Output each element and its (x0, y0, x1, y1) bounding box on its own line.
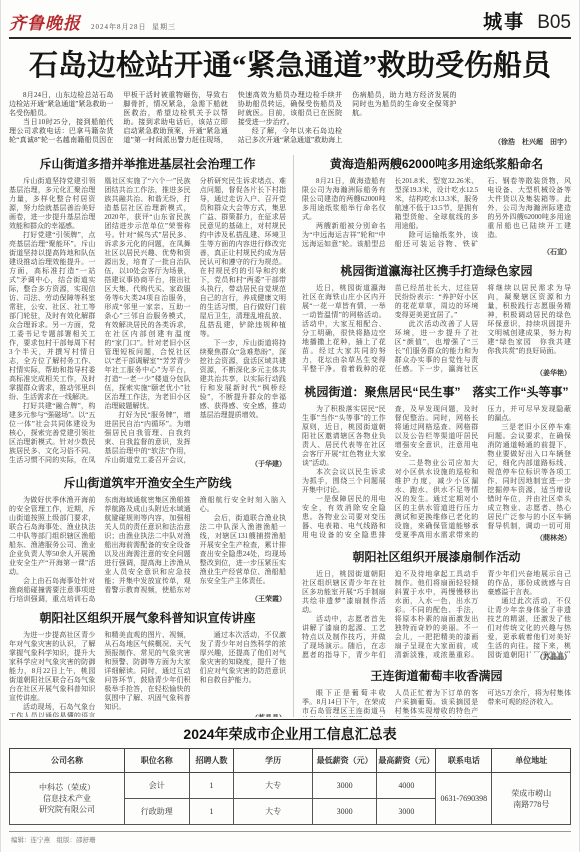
article-paragraphs: 为了积极落实居民“民生事”当作“头等事”的工作原则，近日，桃园街道朝阳社区邀请辖… (302, 405, 571, 543)
section-title: 城事 (483, 7, 525, 34)
page-header: 齐鲁晚报 2024年8月28日 星期三 城事 B05 (9, 10, 571, 34)
article-body: 为了积极落实居民“民生事”当作“头等事”的工作原则，近日，桃园街道朝阳社区邀请辖… (302, 405, 571, 543)
footer-credits: 编辑：连宁燕 组版：邵舒珊 (9, 831, 571, 844)
date-text: 2024年8月28日 (91, 23, 147, 31)
article-paragraphs: 近日，桃园街道瀛海社区在海铁山庄小区内开展“一花一草皆有情，一举一动皆温情”的网… (302, 284, 571, 378)
article-headline: 黄海造船两艘62000吨多用途纸浆船命名 (302, 157, 571, 172)
right-column: 黄海造船两艘62000吨多用途纸浆船命名 8月21日，黄海造船有限公司为海瀚洲际… (293, 155, 571, 717)
cell-min-salary: 3000 (312, 773, 377, 799)
article-shipyard-naming: 黄海造船两艘62000吨多用途纸浆船命名 8月21日，黄海造船有限公司为海瀚洲际… (302, 157, 571, 257)
page-number: B05 (537, 12, 571, 34)
middle-section: 斥山街道多措并举推进基层社会治理工作 斥山街道坚持党建引领基层治理，多元化汇聚治… (9, 155, 571, 717)
article-body: 为做好伏季休渔开海前的安全管理工作，近期，斥山街道按照上级部门要求，联合石岛海事… (9, 496, 286, 604)
cell-position: 会计 (125, 773, 190, 799)
newspaper-page: 齐鲁晚报 2024年8月28日 星期三 城事 B05 石岛边检站开通“紧急通道”… (0, 0, 580, 852)
cell-education: 大专 (234, 773, 313, 799)
article-weather-lecture: 朝阳社区组织开展气象科普知识宣传讲座 为进一步提高社区青少年对气象灾害的认识，了… (9, 611, 286, 717)
lead-byline: （徐浩 杜兴超 田宇） (486, 138, 571, 147)
article-lacquer-fans: 朝阳社区组织开展漆扇制作活动 近日，桃园街道朝阳社区组织辖区青少年在社区多功能室… (302, 550, 571, 662)
article-body: 为进一步提高社区青少年对气象灾害的认识，了解掌握气象科学知识，提升大家科学应对气… (9, 631, 286, 717)
article-paragraphs: 近日，桃园街道朝阳社区组织辖区青少年在社区多功能室开展“巧手制扇 共绘非遗梦”漆… (302, 570, 571, 662)
lead-paragraphs: 8月24日，山东边检总站石岛边检站开通“紧急通道”紧急救助一名受伤船员。当日10… (9, 91, 457, 147)
article-body: 近日，桃园街道瀛海社区在海铁山庄小区内开展“一花一草皆有情，一举一动皆温情”的网… (302, 284, 571, 378)
article-byline: （苏晶晶） (528, 653, 571, 662)
cell-count: 1 (189, 773, 234, 799)
article-byline: （王荣霞） (243, 595, 286, 604)
weekday-text: 星期三 (152, 23, 176, 31)
col-min-salary: 最低薪资（元） (312, 749, 377, 773)
article-paragraphs: 斥山街道坚持党建引领基层治理，多元化汇聚治理力量，多样化整合村居资源，努力绘就基… (9, 177, 286, 469)
jobs-table-section: 2024年荣成市企业用工信息汇总表 公司名称 职位名称 招聘人数 学历 最低薪资… (9, 719, 571, 825)
article-headline: 斥山街道筑牢开渔安全生产防线 (9, 476, 286, 491)
article-headline: 桃园街道：聚焦居民“民生事” 落实工作“头等事” (302, 385, 571, 400)
article-body: 眼下正是葡萄丰收季。8月14日下午，在荣成市石岛管理区王连街道马岭孙家村的葡萄园… (302, 689, 571, 717)
col-count: 招聘人数 (189, 749, 234, 773)
cell-min-salary: 3000 (312, 799, 377, 825)
article-byline: （于华建） (243, 460, 286, 469)
cell-phone: 0631-7690398 (436, 773, 492, 825)
left-column: 斥山街道多措并举推进基层社会治理工作 斥山街道坚持党建引领基层治理，多元化汇聚治… (9, 155, 293, 717)
jobs-table-title: 2024年荣成市企业用工信息汇总表 (9, 724, 571, 744)
article-byline: （姜华艳） (528, 369, 571, 378)
col-education: 学历 (234, 749, 313, 773)
cell-address: 荣成市崂山 南路778号 (492, 773, 571, 825)
header-rule (9, 37, 571, 39)
publish-date: 2024年8月28日 星期三 (91, 22, 176, 32)
table-header-row: 公司名称 职位名称 招聘人数 学历 最低薪资（元） 最高薪资（元） 联系电话 单… (10, 749, 571, 773)
article-headline: 斥山街道多措并举推进基层社会治理工作 (9, 157, 286, 172)
article-chishan-fishing-safety: 斥山街道筑牢开渔安全生产防线 为做好伏季休渔开海前的安全管理工作，近期，斥山街道… (9, 476, 286, 604)
article-paragraphs: 为做好伏季休渔开海前的安全管理工作，近期，斥山街道按照上级部门要求，联合石岛海事… (9, 496, 286, 604)
article-byline: （蔄林尧） (528, 534, 571, 543)
jobs-table: 公司名称 职位名称 招聘人数 学历 最低薪资（元） 最高薪资（元） 联系电话 单… (9, 748, 571, 825)
article-headline: 朝阳社区组织开展漆扇制作活动 (302, 550, 571, 565)
cell-education: 大专 (234, 799, 313, 825)
cell-max-salary: 3000 (377, 799, 436, 825)
article-byline: （石宣） (535, 248, 571, 257)
lead-body: 8月24日，山东边检总站石岛边检站开通“紧急通道”紧急救助一名受伤船员。当日10… (9, 91, 571, 147)
table-row: 中科芯（荣成） 信息技术产业 研究院有限公司 会计 1 大专 3000 4000… (10, 773, 571, 799)
article-body: 8月21日，黄海造船有限公司为海瀚洲际船务有限公司建造的两艘62000吨多用途纸… (302, 177, 571, 257)
article-body: 斥山街道坚持党建引领基层治理，多元化汇聚治理力量，多样化整合村居资源，努力绘就基… (9, 177, 286, 469)
lead-article: 石岛边检站开通“紧急通道”救助受伤船员 8月24日，山东边检总站石岛边检站开通“… (9, 49, 571, 147)
col-max-salary: 最高薪资（元） (377, 749, 436, 773)
col-position: 职位名称 (125, 749, 190, 773)
article-paragraphs: 眼下正是葡萄丰收季。8月14日下午，在荣成市石岛管理区王连街道马岭孙家村的葡萄园… (302, 689, 571, 717)
article-paragraphs: 为进一步提高社区青少年对气象灾害的认识，了解掌握气象科学知识，提升大家科学应对气… (9, 631, 286, 717)
article-byline: （苏晶晶） (243, 714, 286, 717)
newspaper-logo: 齐鲁晚报 (9, 9, 81, 34)
cell-count: 1 (189, 799, 234, 825)
article-chishan-governance: 斥山街道多措并举推进基层社会治理工作 斥山街道坚持党建引领基层治理，多元化汇聚治… (9, 157, 286, 469)
article-headline: 朝阳社区组织开展气象科普知识宣传讲座 (9, 611, 286, 626)
article-livelihood-matters: 桃园街道：聚焦居民“民生事” 落实工作“头等事” 为了积极落实居民“民生事”当作… (302, 385, 571, 543)
article-headline: 王连街道葡萄丰收香满园 (302, 669, 571, 684)
col-company: 公司名称 (10, 749, 125, 773)
cell-company: 中科芯（荣成） 信息技术产业 研究院有限公司 (10, 773, 125, 825)
article-paragraphs: 8月21日，黄海造船有限公司为海瀚洲际船务有限公司建造的两艘62000吨多用途纸… (302, 177, 571, 257)
article-body: 近日，桃园街道朝阳社区组织辖区青少年在社区多功能室开展“巧手制扇 共绘非遗梦”漆… (302, 570, 571, 662)
cell-position: 行政助理 (125, 799, 190, 825)
col-address: 单位地址 (492, 749, 571, 773)
article-grape-harvest: 王连街道葡萄丰收香满园 眼下正是葡萄丰收季。8月14日下午，在荣成市石岛管理区王… (302, 669, 571, 717)
col-phone: 联系电话 (436, 749, 492, 773)
article-headline: 桃园街道瀛海社区携手打造绿色家园 (302, 264, 571, 279)
lead-headline: 石岛边检站开通“紧急通道”救助受伤船员 (9, 49, 571, 83)
cell-max-salary: 4000 (377, 773, 436, 799)
article-green-home: 桃园街道瀛海社区携手打造绿色家园 近日，桃园街道瀛海社区在海铁山庄小区内开展“一… (302, 264, 571, 378)
